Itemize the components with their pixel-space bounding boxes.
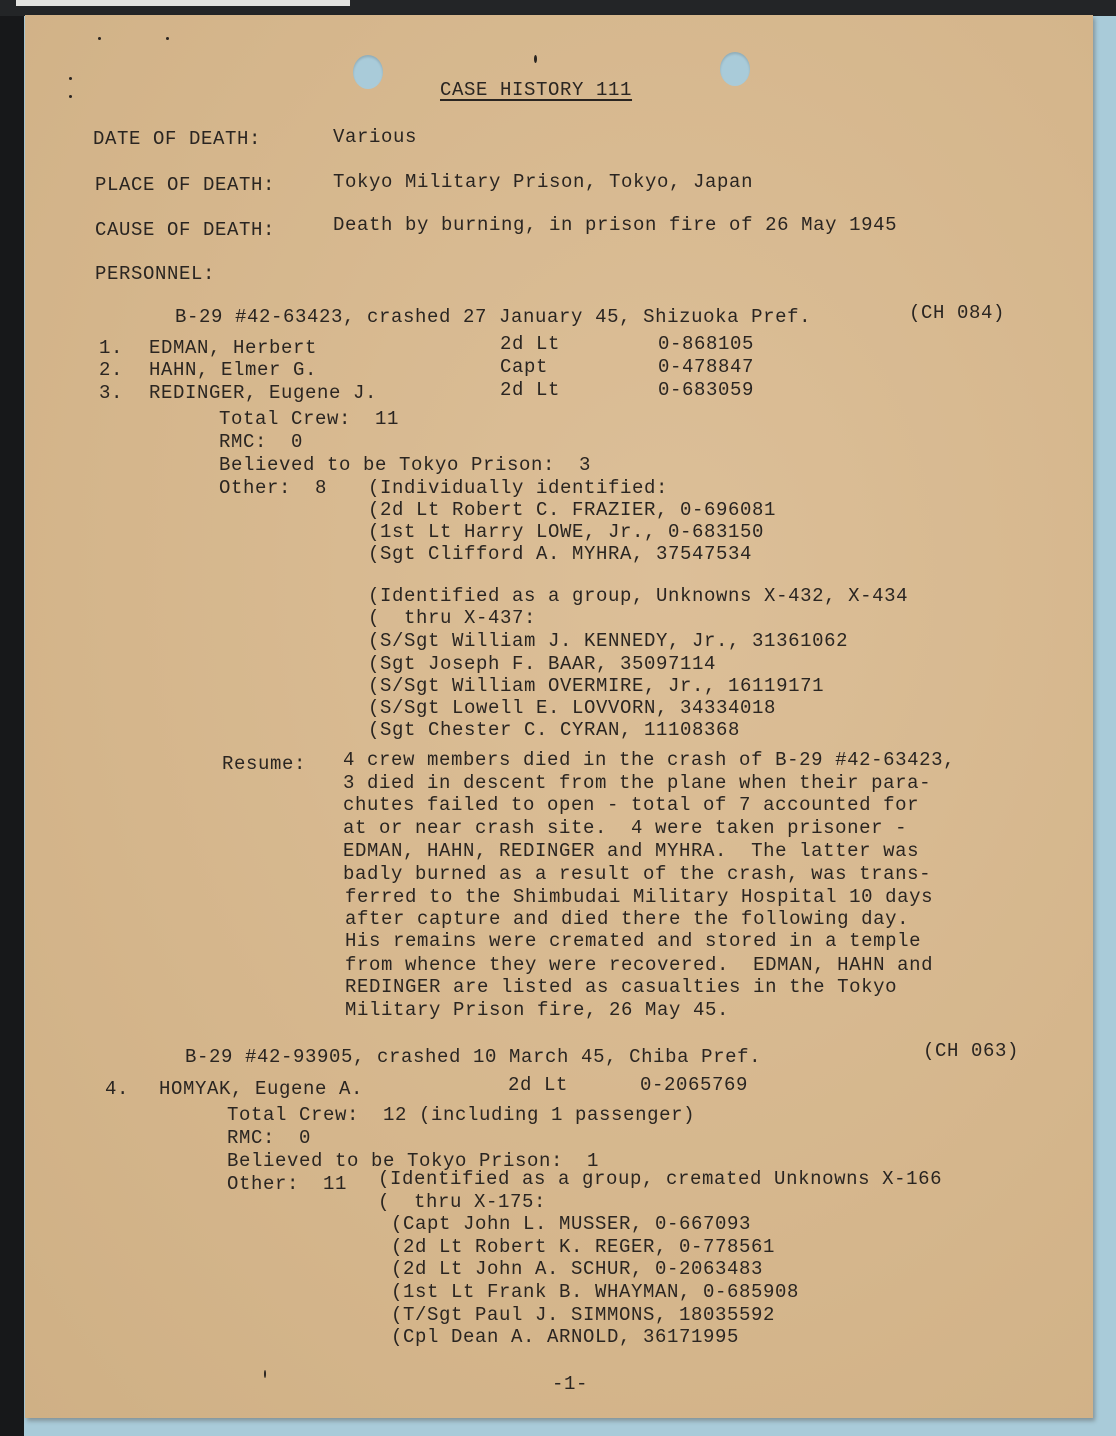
other-line: (Sgt Chester C. CYRAN, 11108368: [368, 721, 740, 740]
rmc-count: RMC: 0: [219, 433, 303, 452]
believed-tokyo-prison: Believed to be Tokyo Prison: 3: [219, 456, 591, 475]
person-number: 4.: [105, 1080, 129, 1099]
document-page: CASE HISTORY 111 DATE OF DEATH: Various …: [25, 15, 1093, 1418]
ink-speck: [69, 77, 72, 80]
other-line: (S/Sgt William OVERMIRE, Jr., 16119171: [368, 677, 824, 696]
crash-heading: B-29 #42-93905, crashed 10 March 45, Chi…: [185, 1048, 761, 1067]
other-count: Other: 11: [227, 1175, 347, 1194]
scanner-edge-strip: [16, 0, 350, 6]
cause-of-death-label: CAUSE OF DEATH:: [95, 221, 275, 240]
resume-line: Military Prison fire, 26 May 45.: [345, 1001, 729, 1020]
resume-line: REDINGER are listed as casualties in the…: [345, 978, 897, 997]
date-of-death-value: Various: [333, 128, 417, 147]
person-rank: 2d Lt: [500, 335, 560, 354]
resume-line: after capture and died there the followi…: [345, 910, 909, 929]
resume-line: EDMAN, HAHN, REDINGER and MYHRA. The lat…: [343, 842, 919, 861]
person-number: 2.: [99, 361, 123, 380]
other-line: (1st Lt Harry LOWE, Jr., 0-683150: [368, 523, 764, 542]
other-line: (2d Lt John A. SCHUR, 0-2063483: [391, 1260, 763, 1279]
other-line: (Capt John L. MUSSER, 0-667093: [391, 1215, 751, 1234]
other-line: (2d Lt Robert C. FRAZIER, 0-696081: [368, 501, 776, 520]
personnel-label: PERSONNEL:: [95, 265, 215, 284]
other-line: (2d Lt Robert K. REGER, 0-778561: [391, 1238, 775, 1257]
other-line: ( thru X-175:: [378, 1193, 546, 1212]
cause-of-death-value: Death by burning, in prison fire of 26 M…: [333, 216, 897, 235]
punch-hole-left: [353, 55, 383, 89]
person-serial: 0-683059: [658, 381, 754, 400]
person-serial: 0-2065769: [640, 1076, 748, 1095]
person-rank: 2d Lt: [508, 1076, 568, 1095]
other-line: (Sgt Clifford A. MYHRA, 37547534: [368, 545, 752, 564]
punch-hole-right: [720, 52, 750, 86]
person-serial: 0-868105: [658, 335, 754, 354]
other-line: (Identified as a group, Unknowns X-432, …: [368, 587, 908, 606]
date-of-death-label: DATE OF DEATH:: [93, 130, 261, 149]
other-line: (1st Lt Frank B. WHAYMAN, 0-685908: [391, 1283, 799, 1302]
resume-line: ferred to the Shimbudai Military Hospita…: [345, 888, 933, 907]
ink-speck: [166, 37, 169, 40]
person-number: 1.: [99, 339, 123, 358]
resume-line: badly burned as a result of the crash, w…: [343, 865, 931, 884]
other-line: (S/Sgt Lowell E. LOVVORN, 34334018: [368, 699, 776, 718]
person-rank: 2d Lt: [500, 381, 560, 400]
page-title: CASE HISTORY 111: [440, 81, 632, 100]
ink-speck: [98, 37, 101, 40]
ink-speck: [534, 55, 537, 63]
place-of-death-label: PLACE OF DEATH:: [95, 176, 275, 195]
crash-reference: (CH 084): [909, 304, 1005, 323]
total-crew: Total Crew: 11: [219, 410, 399, 429]
ink-speck: [264, 1370, 266, 1378]
resume-line: from whence they were recovered. EDMAN, …: [345, 956, 933, 975]
scanner-edge-left: [0, 0, 24, 1436]
resume-line: at or near crash site. 4 were taken pris…: [343, 819, 907, 838]
other-line: ( thru X-437:: [368, 609, 536, 628]
total-crew: Total Crew: 12 (including 1 passenger): [227, 1106, 695, 1125]
page-number: -1-: [552, 1375, 588, 1394]
ink-speck: [69, 95, 72, 98]
other-line: (T/Sgt Paul J. SIMMONS, 18035592: [391, 1306, 775, 1325]
resume-line: 3 died in descent from the plane when th…: [343, 774, 931, 793]
person-name: HOMYAK, Eugene A.: [159, 1080, 363, 1099]
person-serial: 0-478847: [658, 358, 754, 377]
person-name: EDMAN, Herbert: [149, 339, 317, 358]
person-name: HAHN, Elmer G.: [149, 361, 317, 380]
place-of-death-value: Tokyo Military Prison, Tokyo, Japan: [333, 173, 753, 192]
crash-heading: B-29 #42-63423, crashed 27 January 45, S…: [175, 308, 811, 327]
other-line: (S/Sgt William J. KENNEDY, Jr., 31361062: [368, 632, 848, 651]
rmc-count: RMC: 0: [227, 1129, 311, 1148]
other-line: (Identified as a group, cremated Unknown…: [378, 1170, 942, 1189]
crash-reference: (CH 063): [923, 1042, 1019, 1061]
resume-label: Resume:: [222, 755, 306, 774]
resume-line: His remains were cremated and stored in …: [345, 932, 921, 951]
other-line: (Cpl Dean A. ARNOLD, 36171995: [391, 1328, 739, 1347]
person-name: REDINGER, Eugene J.: [149, 384, 377, 403]
other-line: (Individually identified:: [368, 479, 668, 498]
other-line: (Sgt Joseph F. BAAR, 35097114: [368, 655, 716, 674]
person-rank: Capt: [500, 358, 548, 377]
resume-line: 4 crew members died in the crash of B-29…: [343, 751, 955, 770]
person-number: 3.: [99, 384, 123, 403]
resume-line: chutes failed to open - total of 7 accou…: [343, 796, 919, 815]
other-count: Other: 8: [219, 479, 327, 498]
